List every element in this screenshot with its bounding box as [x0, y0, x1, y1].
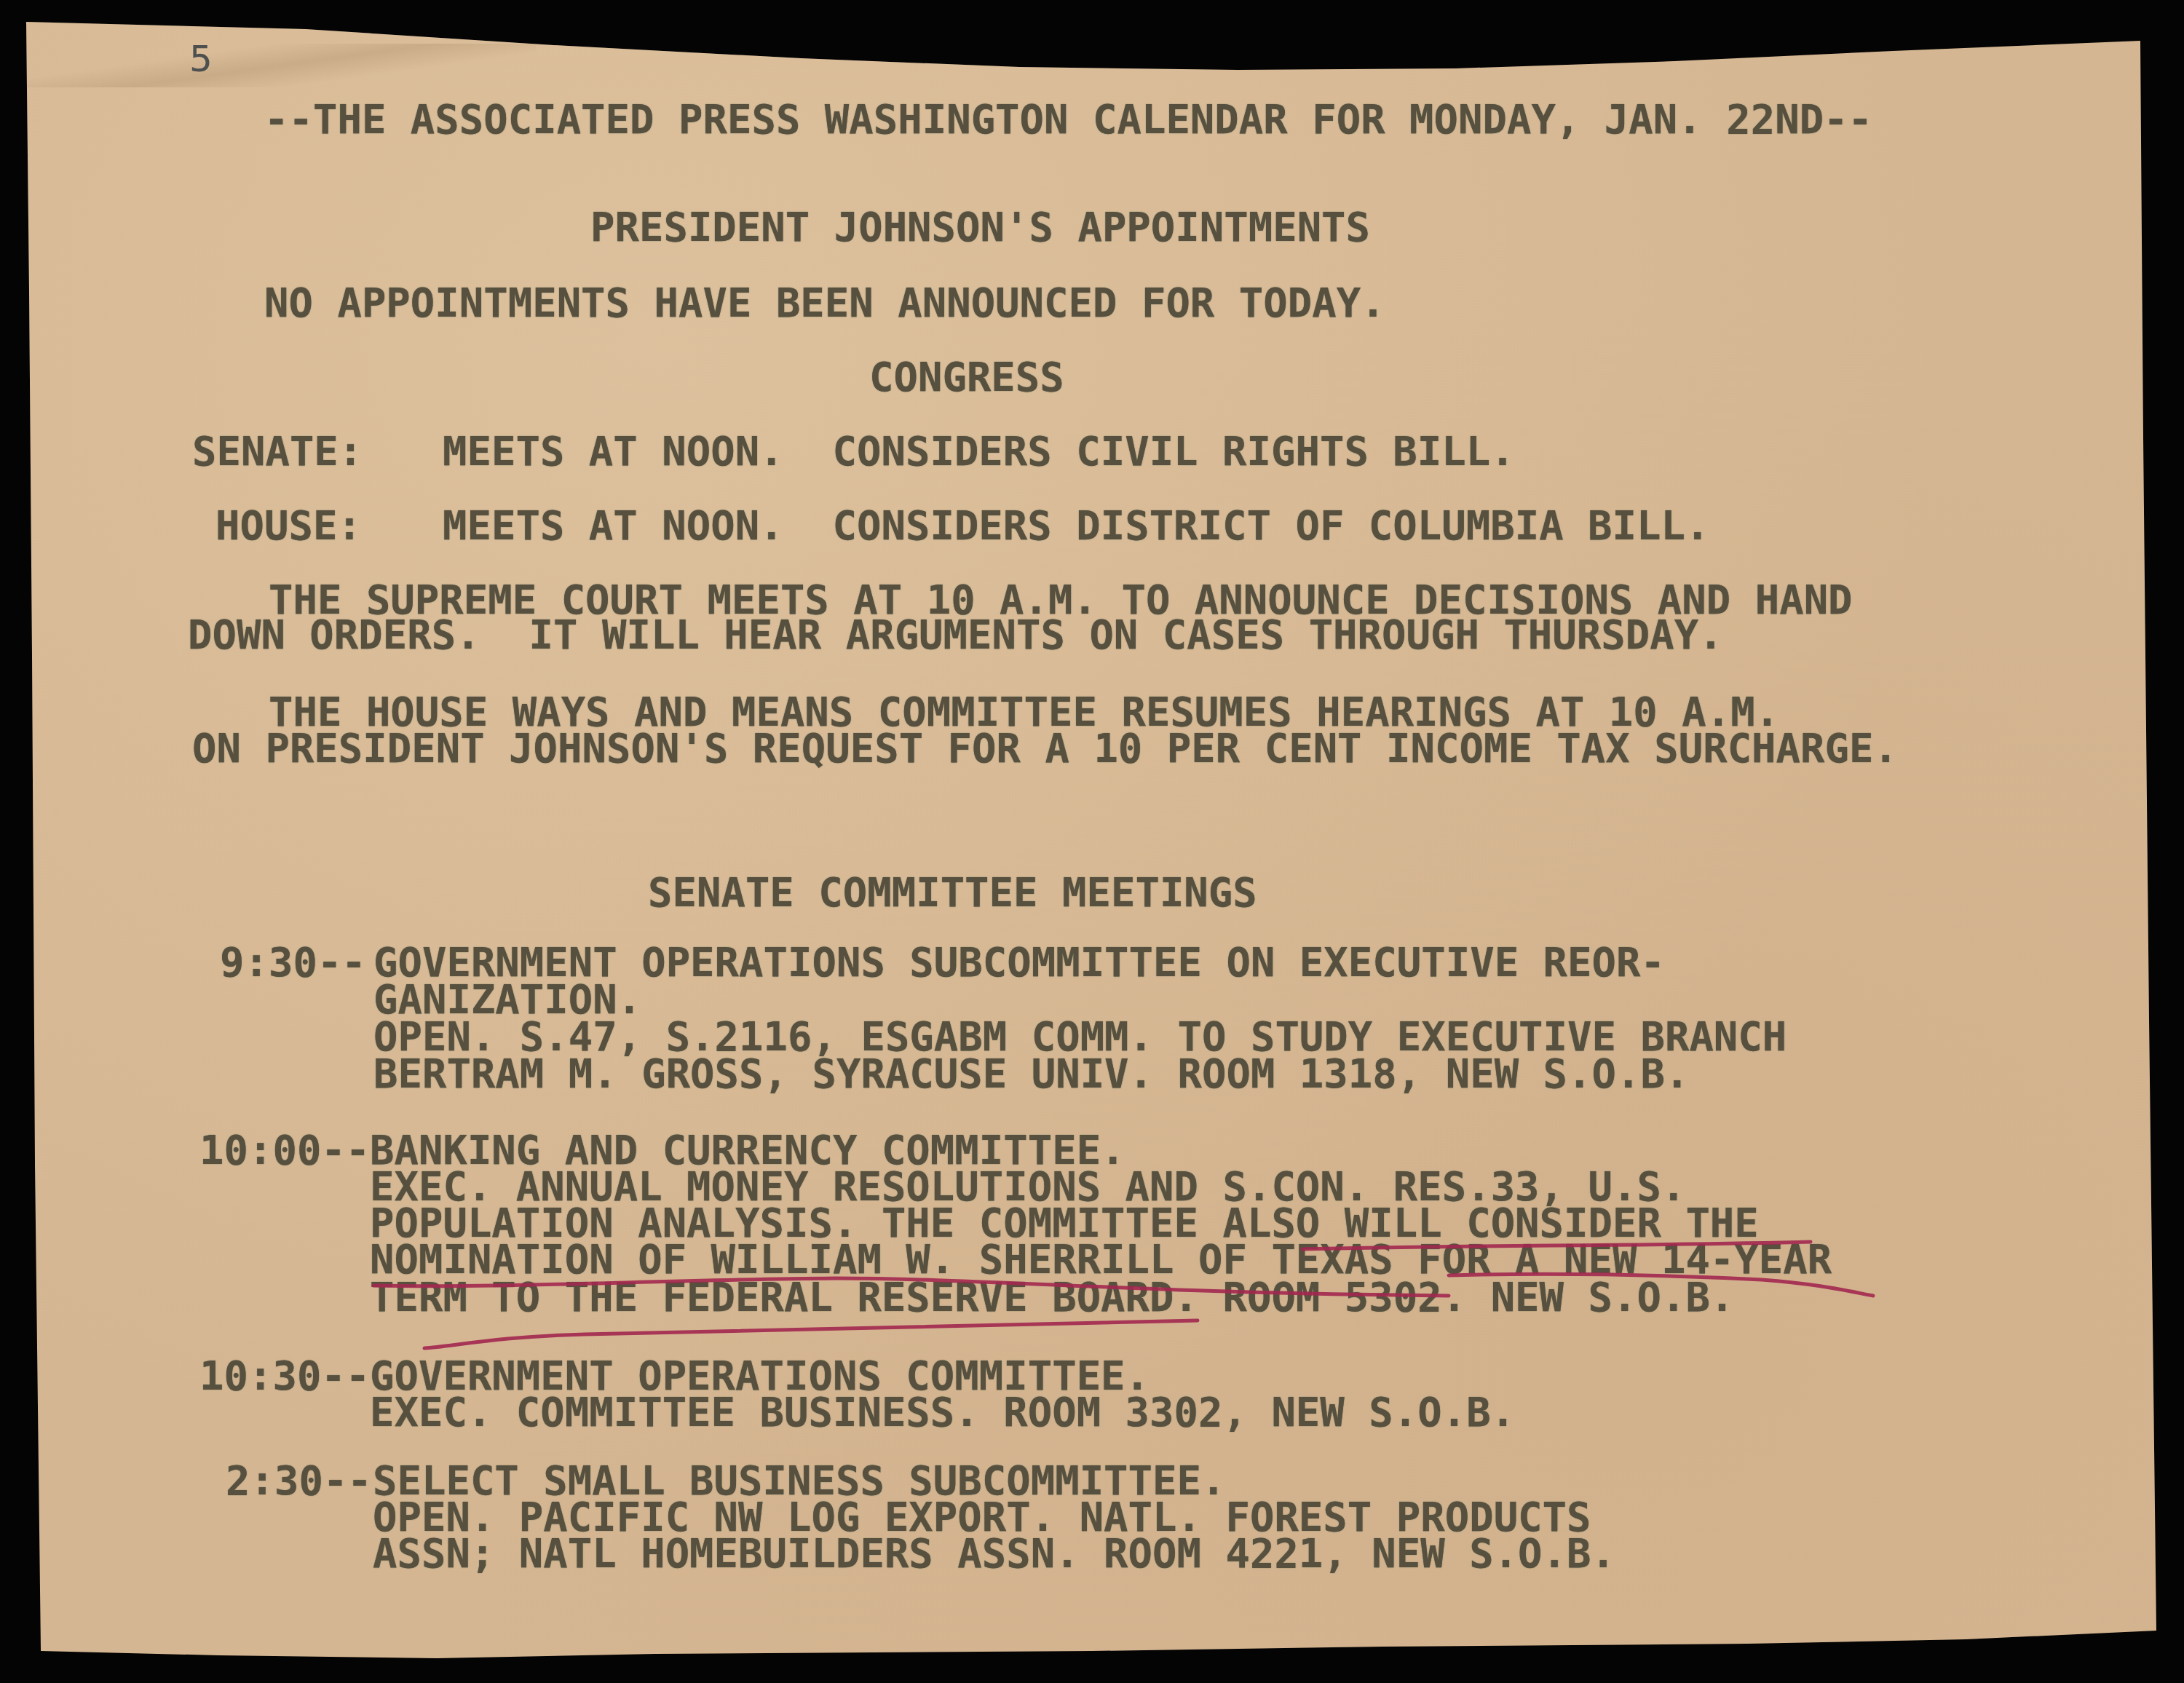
calendar-header: --THE ASSOCIATED PRESS WASHINGTON CALEND… — [264, 100, 1872, 140]
meeting-line: TERM TO THE FEDERAL RESERVE BOARD. ROOM … — [370, 1278, 1734, 1318]
page-number: 5 — [189, 38, 213, 80]
pen-underline-swoosh — [424, 1320, 1198, 1348]
paper-crease — [26, 44, 536, 87]
meeting-line: EXEC. COMMITTEE BUSINESS. ROOM 3302, NEW… — [370, 1393, 1515, 1433]
ways-means-line-2: ON PRESIDENT JOHNSON'S REQUEST FOR A 10 … — [192, 729, 1898, 769]
appointments-title: PRESIDENT JOHNSON'S APPOINTMENTS — [590, 208, 1370, 248]
meeting-line: BERTRAM M. GROSS, SYRACUSE UNIV. ROOM 13… — [373, 1055, 1689, 1095]
document-paper: 5 --THE ASSOCIATED PRESS WASHINGTON CALE… — [0, 0, 2184, 1683]
senate-committee-title: SENATE COMMITTEE MEETINGS — [648, 874, 1257, 914]
house-text: MEETS AT NOON. CONSIDERS DISTRICT OF COL… — [443, 507, 1709, 547]
meeting-time: 10:00-- — [199, 1131, 370, 1171]
senate-text: MEETS AT NOON. CONSIDERS CIVIL RIGHTS BI… — [443, 432, 1515, 472]
meeting-time: 10:30-- — [199, 1357, 370, 1397]
meeting-line: ASSN; NATL HOMEBUILDERS ASSN. ROOM 4221,… — [373, 1534, 1615, 1575]
house-label: HOUSE: — [215, 507, 362, 547]
appointments-text: NO APPOINTMENTS HAVE BEEN ANNOUNCED FOR … — [264, 284, 1385, 324]
congress-title: CONGRESS — [869, 358, 1064, 398]
supreme-court-line-2: DOWN ORDERS. IT WILL HEAR ARGUMENTS ON C… — [188, 616, 1723, 656]
meeting-time: 9:30-- — [220, 943, 366, 983]
senate-label: SENATE: — [192, 432, 363, 472]
meeting-time: 2:30-- — [226, 1462, 372, 1502]
